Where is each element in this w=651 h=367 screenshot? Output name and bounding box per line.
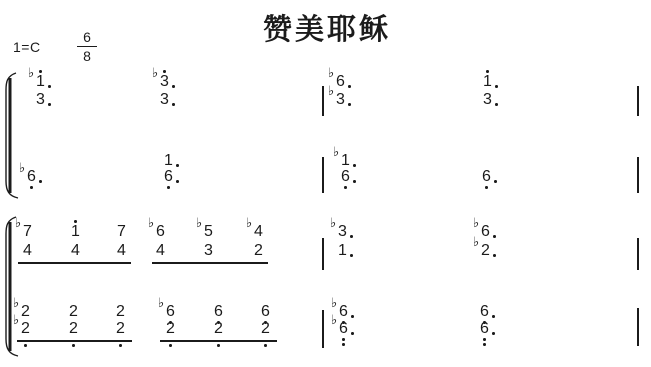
- note: 2: [261, 321, 270, 337]
- note: 2♭: [21, 304, 30, 320]
- flat-icon: ♭: [15, 217, 21, 230]
- note-number: 4: [23, 243, 32, 259]
- note: 6: [164, 169, 173, 185]
- note-number: 1: [483, 74, 492, 90]
- note: 4♭: [254, 224, 263, 240]
- note: 3♭: [160, 74, 169, 90]
- note: 2: [69, 321, 78, 337]
- augmentation-dot: [348, 103, 351, 106]
- note: 3: [483, 92, 492, 108]
- flat-icon: ♭: [473, 236, 479, 249]
- octave-down-dot: [342, 338, 345, 341]
- augmentation-dot: [39, 180, 42, 183]
- octave-down-dot: [72, 344, 75, 347]
- note-number: 1: [338, 243, 347, 259]
- note: 5♭: [204, 224, 213, 240]
- beam-line: [17, 340, 132, 342]
- flat-icon: ♭: [13, 314, 19, 327]
- augmentation-dot: [351, 315, 354, 318]
- octave-down-dot: [24, 344, 27, 347]
- augmentation-dot: [48, 103, 51, 106]
- note-number: 2: [69, 321, 78, 337]
- note-number: 6: [339, 321, 348, 337]
- note: 3: [204, 243, 213, 259]
- note: 6: [480, 304, 489, 320]
- note: 1: [71, 224, 80, 240]
- note-number: 6: [164, 169, 173, 185]
- flat-icon: ♭: [473, 217, 479, 230]
- note-number: 1: [71, 224, 80, 240]
- flat-icon: ♭: [28, 67, 34, 80]
- augmentation-dot: [350, 235, 353, 238]
- note: 4: [23, 243, 32, 259]
- note-number: 3: [160, 92, 169, 108]
- note-number: 4: [71, 243, 80, 259]
- flat-icon: ♭: [330, 217, 336, 230]
- flat-icon: ♭: [148, 217, 154, 230]
- note-number: 2: [214, 321, 223, 337]
- note-number: 6: [27, 169, 36, 185]
- note: 6♭: [156, 224, 165, 240]
- octave-up-dot: [486, 70, 489, 73]
- note-number: 3: [160, 74, 169, 90]
- augmentation-dot: [495, 103, 498, 106]
- barline: [322, 86, 324, 116]
- note: 2: [116, 321, 125, 337]
- augmentation-dot: [493, 254, 496, 257]
- barline: [637, 157, 639, 193]
- note-number: 2: [116, 321, 125, 337]
- barline: [322, 157, 324, 193]
- staff-brace-icon: [2, 216, 19, 357]
- note-number: 2: [254, 243, 263, 259]
- flat-icon: ♭: [196, 217, 202, 230]
- flat-icon: ♭: [331, 314, 337, 327]
- note: 1: [338, 243, 347, 259]
- note-number: 2: [69, 304, 78, 320]
- note: 6♭: [336, 74, 345, 90]
- barline: [322, 238, 324, 270]
- octave-up-dot: [163, 70, 166, 73]
- barline: [637, 238, 639, 270]
- augmentation-dot: [172, 103, 175, 106]
- note: 6♭: [339, 321, 348, 337]
- note: 2: [254, 243, 263, 259]
- octave-down-dot: [483, 343, 486, 346]
- barline: [322, 310, 324, 348]
- note-number: 2: [21, 321, 30, 337]
- note-number: 6: [480, 321, 489, 337]
- note: 6♭: [166, 304, 175, 320]
- octave-down-dot: [264, 344, 267, 347]
- augmentation-dot: [353, 180, 356, 183]
- score-page: 1=C 6 8 赞美耶稣 1♭33♭36♭3♭136♭161♭667♭41474…: [0, 0, 651, 367]
- augmentation-dot: [48, 85, 51, 88]
- note-number: 7: [117, 224, 126, 240]
- octave-down-dot: [167, 186, 170, 189]
- octave-up-dot: [74, 220, 77, 223]
- augmentation-dot: [492, 315, 495, 318]
- note: 6: [480, 321, 489, 337]
- note-number: 6: [214, 304, 223, 320]
- note: 6♭: [339, 304, 348, 320]
- note: 1♭: [36, 74, 45, 90]
- note: 2: [166, 321, 175, 337]
- note-number: 6: [156, 224, 165, 240]
- note: 2: [69, 304, 78, 320]
- flat-icon: ♭: [13, 297, 19, 310]
- octave-up-dot: [39, 70, 42, 73]
- augmentation-dot: [176, 180, 179, 183]
- staff-brace-icon: [2, 72, 19, 199]
- note-number: 2: [261, 321, 270, 337]
- note: 3: [160, 92, 169, 108]
- note-number: 5: [204, 224, 213, 240]
- note-number: 7: [23, 224, 32, 240]
- note-number: 1: [341, 153, 350, 169]
- note-number: 6: [336, 74, 345, 90]
- flat-icon: ♭: [158, 297, 164, 310]
- flat-icon: ♭: [19, 162, 25, 175]
- note-number: 1: [164, 153, 173, 169]
- note-number: 3: [336, 92, 345, 108]
- note-number: 2: [481, 243, 490, 259]
- note-number: 6: [480, 304, 489, 320]
- note: 1: [483, 74, 492, 90]
- score-area: 1♭33♭36♭3♭136♭161♭667♭414746♭45♭34♭23♭16…: [0, 0, 651, 367]
- note: 6: [341, 169, 350, 185]
- note-number: 6: [166, 304, 175, 320]
- note: 6♭: [481, 224, 490, 240]
- note-number: 4: [156, 243, 165, 259]
- barline: [637, 308, 639, 346]
- note-number: 2: [166, 321, 175, 337]
- note-number: 6: [339, 304, 348, 320]
- octave-down-dot: [342, 343, 345, 346]
- octave-down-dot: [485, 186, 488, 189]
- note: 2: [116, 304, 125, 320]
- flat-icon: ♭: [152, 67, 158, 80]
- note: 1♭: [341, 153, 350, 169]
- note: 2♭: [481, 243, 490, 259]
- note: 2: [214, 321, 223, 337]
- octave-down-dot: [217, 344, 220, 347]
- note-number: 2: [116, 304, 125, 320]
- note-number: 1: [36, 74, 45, 90]
- note: 6: [482, 169, 491, 185]
- note-number: 3: [483, 92, 492, 108]
- note-number: 4: [254, 224, 263, 240]
- augmentation-dot: [493, 235, 496, 238]
- note-number: 3: [338, 224, 347, 240]
- note-number: 4: [117, 243, 126, 259]
- augmentation-dot: [351, 332, 354, 335]
- note-number: 6: [261, 304, 270, 320]
- flat-icon: ♭: [328, 67, 334, 80]
- barline: [637, 86, 639, 116]
- augmentation-dot: [492, 332, 495, 335]
- note: 7♭: [23, 224, 32, 240]
- note-number: 6: [482, 169, 491, 185]
- beam-line: [18, 262, 131, 264]
- note-number: 2: [21, 304, 30, 320]
- note: 6♭: [27, 169, 36, 185]
- augmentation-dot: [495, 85, 498, 88]
- octave-down-dot: [169, 344, 172, 347]
- note: 3: [36, 92, 45, 108]
- augmentation-dot: [172, 85, 175, 88]
- augmentation-dot: [348, 85, 351, 88]
- note: 7: [117, 224, 126, 240]
- octave-down-dot: [30, 186, 33, 189]
- augmentation-dot: [353, 164, 356, 167]
- note-number: 6: [481, 224, 490, 240]
- note-number: 3: [36, 92, 45, 108]
- flat-icon: ♭: [328, 85, 334, 98]
- note-number: 3: [204, 243, 213, 259]
- augmentation-dot: [176, 164, 179, 167]
- note: 4: [117, 243, 126, 259]
- octave-down-dot: [483, 338, 486, 341]
- beam-line: [160, 340, 277, 342]
- flat-icon: ♭: [333, 146, 339, 159]
- note: 6: [261, 304, 270, 320]
- note-number: 6: [341, 169, 350, 185]
- octave-down-dot: [344, 186, 347, 189]
- note: 2♭: [21, 321, 30, 337]
- note: 3♭: [336, 92, 345, 108]
- note: 3♭: [338, 224, 347, 240]
- flat-icon: ♭: [246, 217, 252, 230]
- note: 4: [71, 243, 80, 259]
- note: 6: [214, 304, 223, 320]
- octave-down-dot: [119, 344, 122, 347]
- augmentation-dot: [350, 254, 353, 257]
- beam-line: [152, 262, 268, 264]
- flat-icon: ♭: [331, 297, 337, 310]
- augmentation-dot: [494, 180, 497, 183]
- note: 1: [164, 153, 173, 169]
- note: 4: [156, 243, 165, 259]
